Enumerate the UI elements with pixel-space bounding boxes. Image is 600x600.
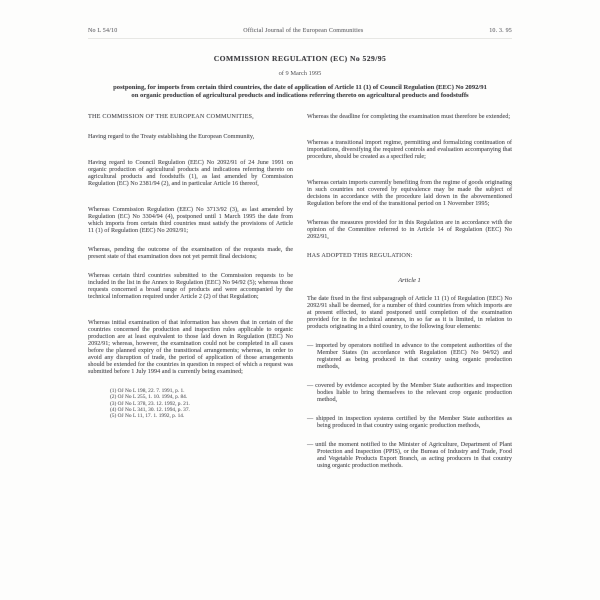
regulation-subject: postponing, for imports from certain thi… [112,84,488,99]
recital-paragraph: Whereas a transitional import regime, pe… [307,139,512,160]
document-page: No L 54/10 Official Journal of the Europ… [0,0,600,600]
regulation-date-line: of 9 March 1995 [88,70,512,77]
recital-paragraph: Whereas the deadline for completing the … [307,113,512,120]
footnotes-block: (1) OJ No L 198, 22. 7. 1991, p. 1. (2) … [110,388,293,419]
recital-paragraph: Whereas certain third countries submitte… [88,272,293,300]
page-header: No L 54/10 Official Journal of the Europ… [88,28,512,39]
regulation-title: COMMISSION REGULATION (EC) No 529/95 [88,54,512,63]
recital-paragraph: Whereas the measures provided for in thi… [307,219,512,240]
footnote: (5) OJ No L 11, 17. 1. 1992, p. 14. [110,413,293,419]
citation-paragraph: Having regard to Council Regulation (EEC… [88,159,293,187]
indent-item: — covered by evidence accepted by the Me… [307,382,512,403]
publication-date: 10. 3. 95 [489,28,512,34]
right-column: Whereas the deadline for completing the … [307,113,512,481]
article-heading: Article 1 [307,277,512,284]
page-content: No L 54/10 Official Journal of the Europ… [88,28,512,481]
two-column-body: THE COMMISSION OF THE EUROPEAN COMMUNITI… [88,113,512,481]
indent-item: — shipped in inspection systems certifie… [307,415,512,429]
recital-paragraph: Whereas initial examination of that info… [88,319,293,375]
indent-item: — imported by operators notified in adva… [307,342,512,370]
citation-paragraph: Having regard to the Treaty establishing… [88,133,293,140]
article-intro: The date fixed in the first subparagraph… [307,295,512,330]
left-column: THE COMMISSION OF THE EUROPEAN COMMUNITI… [88,113,293,481]
enacting-formula: HAS ADOPTED THIS REGULATION: [307,252,512,259]
oj-issue-number: No L 54/10 [88,28,117,34]
journal-title: Official Journal of the European Communi… [243,28,363,34]
recital-paragraph: Whereas Commission Regulation (EEC) No 3… [88,206,293,234]
preamble-commission-line: THE COMMISSION OF THE EUROPEAN COMMUNITI… [88,113,293,120]
recital-paragraph: Whereas certain imports currently benefi… [307,179,512,207]
recital-paragraph: Whereas, pending the outcome of the exam… [88,246,293,260]
indent-item: — until the moment notified to the Minis… [307,441,512,469]
regulation-title-block: COMMISSION REGULATION (EC) No 529/95 of … [88,54,512,99]
